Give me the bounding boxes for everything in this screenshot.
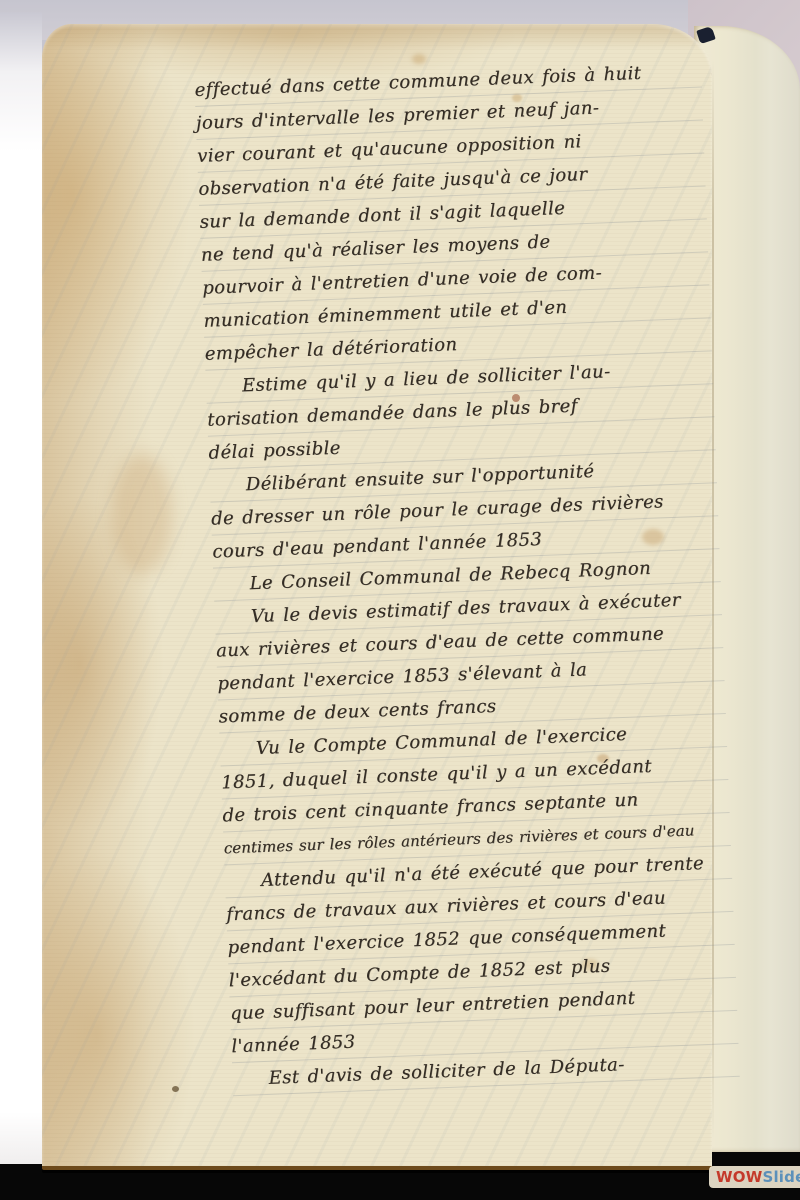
watermark-wow-text: WOW [716,1168,762,1186]
page-stain [172,1086,179,1092]
photograph-scene: effectué dans cette commune deux fois à … [0,0,800,1200]
background-left-strip [0,12,42,1164]
page-stain [112,454,172,574]
wowslider-watermark[interactable]: WOWSlider [709,1166,800,1188]
watermark-slider-text: Slider [762,1168,800,1186]
manuscript-page: effectué dans cette commune deux fois à … [42,24,712,1170]
manuscript-text: effectué dans cette commune deux fois à … [194,54,761,1097]
page-stain [412,54,426,64]
